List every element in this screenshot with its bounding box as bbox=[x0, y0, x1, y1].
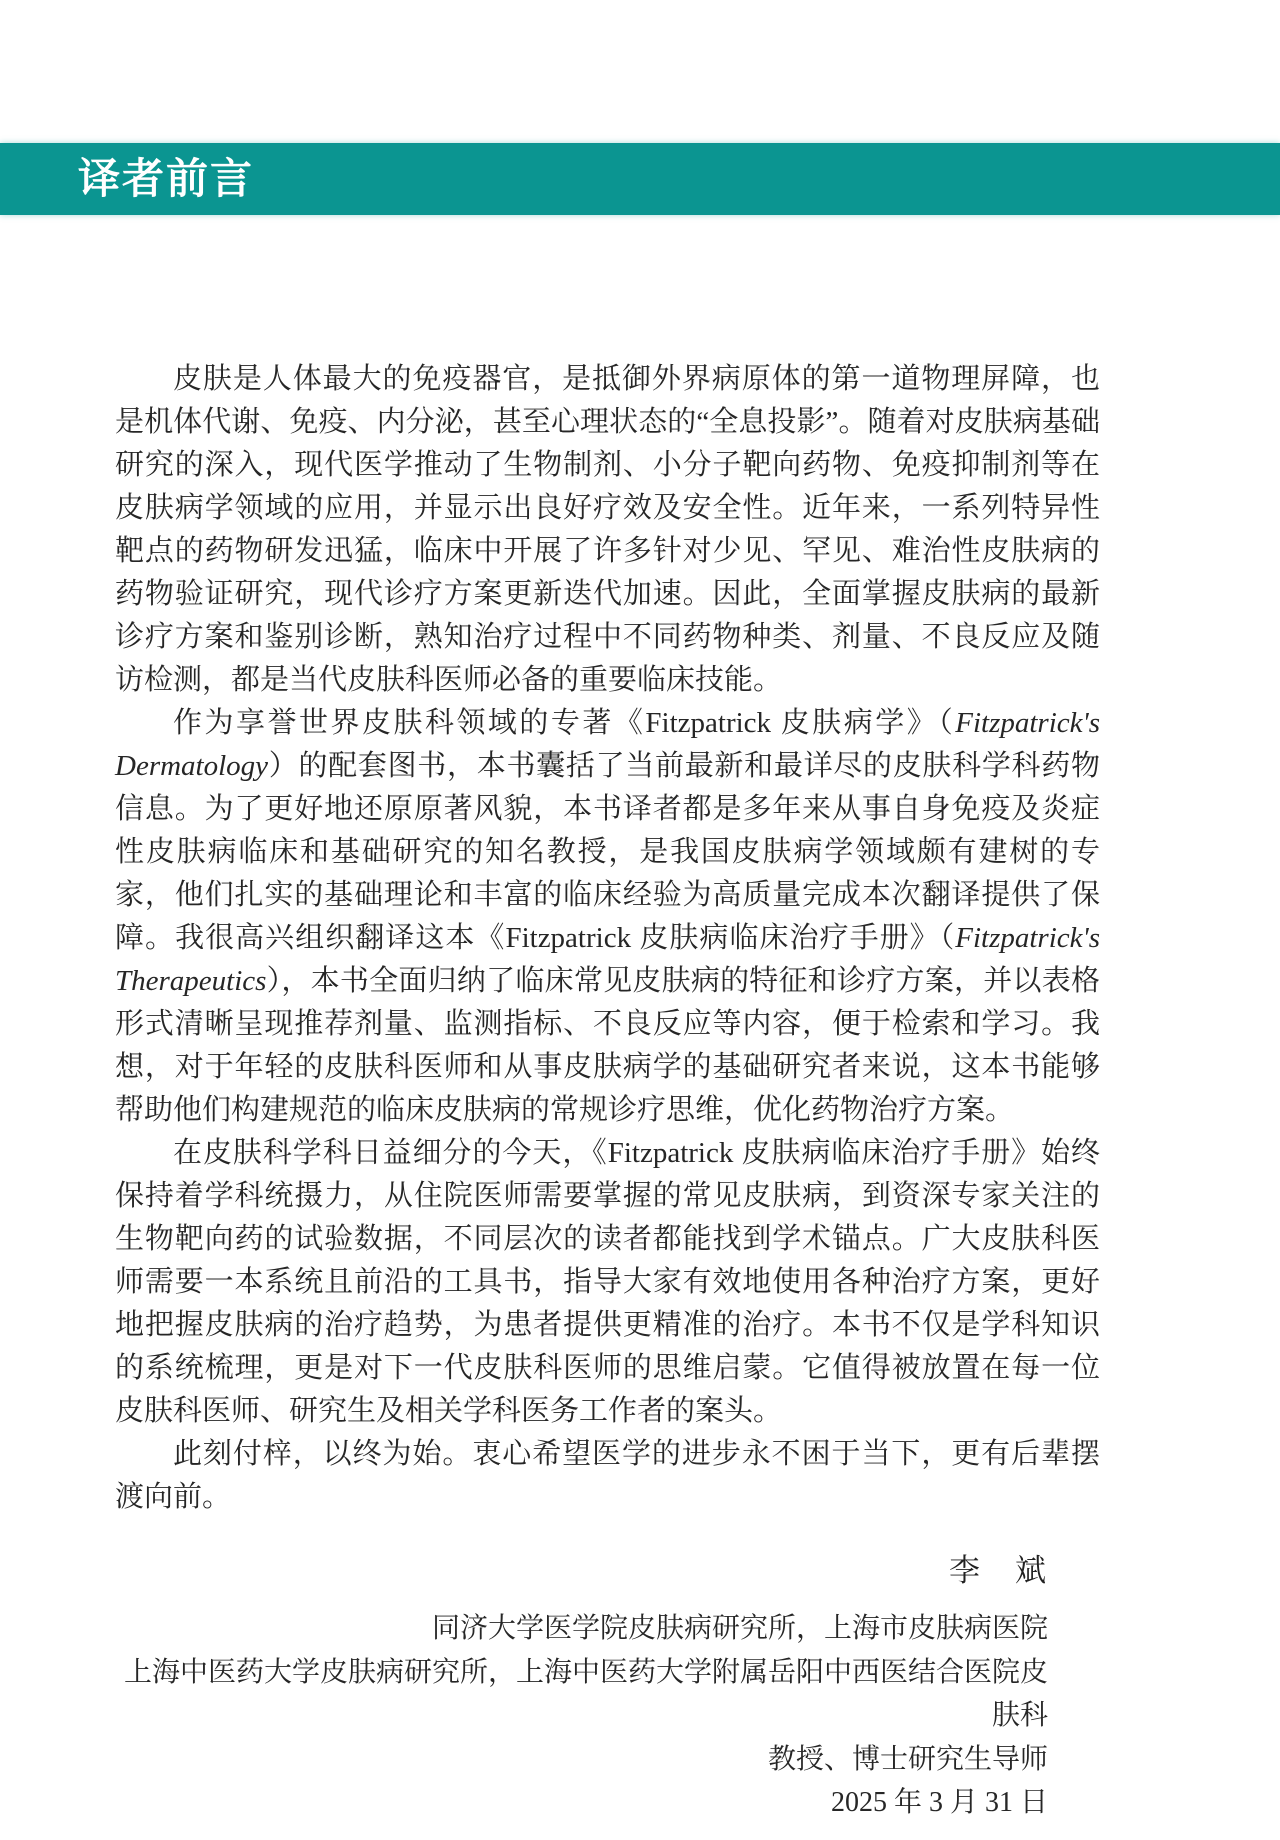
signature-lines: 同济大学医学院皮肤病研究所，上海市皮肤病医院上海中医药大学皮肤病研究所，上海中医… bbox=[115, 1607, 1048, 1825]
signature-block: 李 斌 同济大学医学院皮肤病研究所，上海市皮肤病医院上海中医药大学皮肤病研究所，… bbox=[115, 1549, 1100, 1825]
preface-paragraphs: 皮肤是人体最大的免疫器官，是抵御外界病原体的第一道物理屏障，也是机体代谢、免疫、… bbox=[115, 358, 1100, 1519]
text-run: 作为享誉世界皮肤科领域的专著《Fitzpatrick 皮肤病学》（ bbox=[173, 707, 955, 739]
translator-name: 李 斌 bbox=[115, 1549, 1048, 1593]
preface-page: 译者前言 皮肤是人体最大的免疫器官，是抵御外界病原体的第一道物理屏障，也是机体代… bbox=[0, 0, 1280, 1840]
preface-paragraph: 作为享誉世界皮肤科领域的专著《Fitzpatrick 皮肤病学》（Fitzpat… bbox=[115, 702, 1100, 1132]
preface-date: 2025 年 3 月 31 日 bbox=[115, 1781, 1048, 1825]
affiliation-line-2: 上海中医药大学皮肤病研究所，上海中医药大学附属岳阳中西医结合医院皮肤科 bbox=[115, 1651, 1048, 1738]
text-run: 在皮肤科学科日益细分的今天，《Fitzpatrick 皮肤病临床治疗手册》始终保… bbox=[115, 1137, 1100, 1427]
affiliation-line-1: 同济大学医学院皮肤病研究所，上海市皮肤病医院 bbox=[115, 1607, 1048, 1651]
translator-title-line: 教授、博士研究生导师 bbox=[115, 1738, 1048, 1782]
text-run: 此刻付梓，以终为始。衷心希望医学的进步永不困于当下，更有后辈摆渡向前。 bbox=[115, 1438, 1100, 1513]
chapter-title: 译者前言 bbox=[78, 158, 254, 200]
text-run: 皮肤是人体最大的免疫器官，是抵御外界病原体的第一道物理屏障，也是机体代谢、免疫、… bbox=[115, 363, 1100, 696]
preface-paragraph: 在皮肤科学科日益细分的今天，《Fitzpatrick 皮肤病临床治疗手册》始终保… bbox=[115, 1132, 1100, 1433]
preface-paragraph: 此刻付梓，以终为始。衷心希望医学的进步永不困于当下，更有后辈摆渡向前。 bbox=[115, 1433, 1100, 1519]
chapter-header-band: 译者前言 bbox=[0, 143, 1280, 215]
preface-body: 皮肤是人体最大的免疫器官，是抵御外界病原体的第一道物理屏障，也是机体代谢、免疫、… bbox=[115, 358, 1100, 1825]
preface-paragraph: 皮肤是人体最大的免疫器官，是抵御外界病原体的第一道物理屏障，也是机体代谢、免疫、… bbox=[115, 358, 1100, 702]
